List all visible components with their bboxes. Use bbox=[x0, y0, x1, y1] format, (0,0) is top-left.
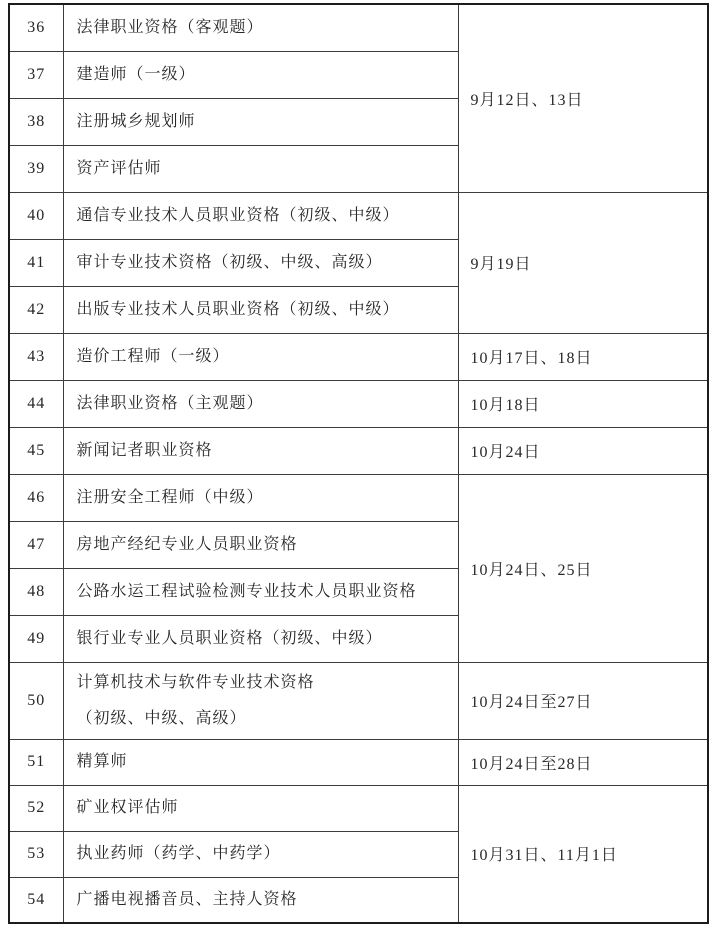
exam-name-cell: 新闻记者职业资格 bbox=[63, 427, 458, 474]
exam-date-cell: 10月24日、25日 bbox=[458, 474, 708, 662]
exam-name-cell: 造价工程师（一级） bbox=[63, 333, 458, 380]
exam-name-cell: 资产评估师 bbox=[63, 145, 458, 192]
row-number-cell: 53 bbox=[9, 831, 63, 877]
exam-date-cell: 10月31日、11月1日 bbox=[458, 785, 708, 923]
table-row: 44 法律职业资格（主观题） 10月18日 bbox=[9, 380, 708, 427]
exam-name-cell: 法律职业资格（主观题） bbox=[63, 380, 458, 427]
exam-name-cell: 法律职业资格（客观题） bbox=[63, 4, 458, 51]
exam-schedule-table: 36 法律职业资格（客观题） 9月12日、13日 37 建造师（一级） 38 注… bbox=[8, 3, 709, 924]
exam-date-cell: 10月18日 bbox=[458, 380, 708, 427]
exam-name-cell: 通信专业技术人员职业资格（初级、中级） bbox=[63, 192, 458, 239]
exam-name-cell: 矿业权评估师 bbox=[63, 785, 458, 831]
document-page: 36 法律职业资格（客观题） 9月12日、13日 37 建造师（一级） 38 注… bbox=[0, 0, 715, 930]
row-number-cell: 51 bbox=[9, 739, 63, 785]
row-number-cell: 54 bbox=[9, 877, 63, 923]
row-number-cell: 48 bbox=[9, 568, 63, 615]
row-number-cell: 39 bbox=[9, 145, 63, 192]
exam-name-cell: 注册城乡规划师 bbox=[63, 98, 458, 145]
exam-date-cell: 10月24日 bbox=[458, 427, 708, 474]
exam-name-cell: 银行业专业人员职业资格（初级、中级） bbox=[63, 615, 458, 662]
exam-date-cell: 9月19日 bbox=[458, 192, 708, 333]
exam-name-cell: 广播电视播音员、主持人资格 bbox=[63, 877, 458, 923]
exam-name-cell: 房地产经纪专业人员职业资格 bbox=[63, 521, 458, 568]
row-number-cell: 46 bbox=[9, 474, 63, 521]
row-number-cell: 49 bbox=[9, 615, 63, 662]
row-number-cell: 38 bbox=[9, 98, 63, 145]
exam-name-cell: 执业药师（药学、中药学） bbox=[63, 831, 458, 877]
exam-name-cell: 建造师（一级） bbox=[63, 51, 458, 98]
row-number-cell: 50 bbox=[9, 662, 63, 739]
table-row: 40 通信专业技术人员职业资格（初级、中级） 9月19日 bbox=[9, 192, 708, 239]
table-row: 43 造价工程师（一级） 10月17日、18日 bbox=[9, 333, 708, 380]
exam-name-cell: 公路水运工程试验检测专业技术人员职业资格 bbox=[63, 568, 458, 615]
row-number-cell: 47 bbox=[9, 521, 63, 568]
table-row: 52 矿业权评估师 10月31日、11月1日 bbox=[9, 785, 708, 831]
row-number-cell: 37 bbox=[9, 51, 63, 98]
exam-date-cell: 10月24日至27日 bbox=[458, 662, 708, 739]
exam-date-cell: 10月17日、18日 bbox=[458, 333, 708, 380]
row-number-cell: 52 bbox=[9, 785, 63, 831]
row-number-cell: 42 bbox=[9, 286, 63, 333]
exam-name-cell: 计算机技术与软件专业技术资格 （初级、中级、高级） bbox=[63, 662, 458, 739]
row-number-cell: 43 bbox=[9, 333, 63, 380]
row-number-cell: 44 bbox=[9, 380, 63, 427]
exam-date-cell: 9月12日、13日 bbox=[458, 4, 708, 192]
exam-name-cell: 精算师 bbox=[63, 739, 458, 785]
table-row: 51 精算师 10月24日至28日 bbox=[9, 739, 708, 785]
row-number-cell: 40 bbox=[9, 192, 63, 239]
table-row: 46 注册安全工程师（中级） 10月24日、25日 bbox=[9, 474, 708, 521]
exam-name-cell: 出版专业技术人员职业资格（初级、中级） bbox=[63, 286, 458, 333]
row-number-cell: 45 bbox=[9, 427, 63, 474]
row-number-cell: 36 bbox=[9, 4, 63, 51]
exam-name-cell: 审计专业技术资格（初级、中级、高级） bbox=[63, 239, 458, 286]
table-row: 45 新闻记者职业资格 10月24日 bbox=[9, 427, 708, 474]
exam-date-cell: 10月24日至28日 bbox=[458, 739, 708, 785]
table-row: 50 计算机技术与软件专业技术资格 （初级、中级、高级） 10月24日至27日 bbox=[9, 662, 708, 739]
row-number-cell: 41 bbox=[9, 239, 63, 286]
table-row: 36 法律职业资格（客观题） 9月12日、13日 bbox=[9, 4, 708, 51]
exam-name-cell: 注册安全工程师（中级） bbox=[63, 474, 458, 521]
